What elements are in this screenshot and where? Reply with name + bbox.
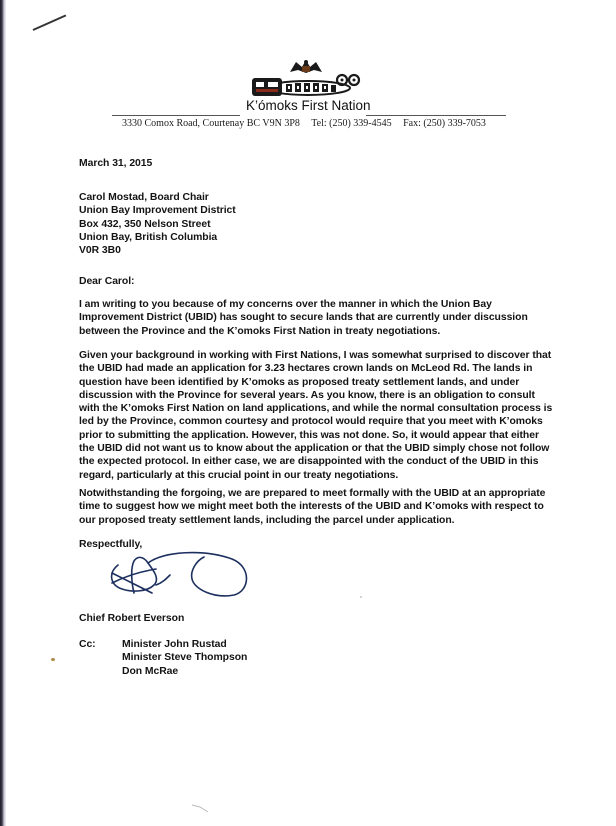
pencil-mark	[190, 802, 220, 814]
scan-page-edge	[0, 0, 6, 826]
text-line: our proposed treaty settlement lands, in…	[79, 514, 579, 527]
paragraph-2: Given your background in working with Fi…	[79, 349, 579, 482]
text-line: regard, particularly at this crucial poi…	[79, 469, 579, 482]
letterhead-rule	[366, 115, 506, 116]
recipient-address: Carol Mostad, Board Chair Union Bay Impr…	[79, 191, 236, 257]
scan-speck	[51, 658, 55, 661]
recipient-line: Carol Mostad, Board Chair	[79, 191, 236, 204]
paragraph-1: I am writing to you because of my concer…	[79, 298, 579, 338]
text-line: Improvement District (UBID) has sought t…	[79, 311, 579, 324]
text-line: between the Province and the K’omoks Fir…	[79, 325, 579, 338]
paragraph-3: Notwithstanding the forgoing, we are pre…	[79, 487, 579, 527]
letter-date: March 31, 2015	[79, 157, 152, 170]
recipient-line: V0R 3B0	[79, 244, 236, 257]
letterhead-rule	[112, 115, 240, 116]
cc-list: Minister John Rustad Minister Steve Thom…	[122, 638, 247, 678]
org-phone: Tel: (250) 339-4545	[311, 118, 391, 129]
text-line: with the K’omoks First Nation on land ap…	[79, 402, 579, 415]
text-line: the UBID did not want us to know about t…	[79, 442, 579, 455]
recipient-line: Box 432, 350 Nelson Street	[79, 218, 236, 231]
org-address: 3330 Comox Road, Courtenay BC V9N 3P8	[122, 118, 300, 129]
organization-name: K’ómoks First Nation	[246, 98, 366, 113]
text-line: question have been identified by K’omoks…	[79, 376, 579, 389]
signature-icon	[104, 549, 254, 609]
text-line: Given your background in working with Fi…	[79, 349, 579, 362]
signer-name: Chief Robert Everson	[79, 612, 184, 625]
cc-recipient: Minister John Rustad	[122, 638, 247, 651]
cc-recipient: Don McRae	[122, 665, 247, 678]
text-line: I am writing to you because of my concer…	[79, 298, 579, 311]
text-line: discussion with the Province for several…	[79, 389, 579, 402]
recipient-line: Union Bay, British Columbia	[79, 231, 236, 244]
letterhead-contact: 3330 Comox Road, Courtenay BC V9N 3P8 Te…	[122, 118, 522, 129]
scan-speck	[360, 596, 362, 598]
text-line: prior to submitting the application. How…	[79, 429, 579, 442]
cc-label: Cc:	[79, 638, 96, 651]
org-fax: Fax: (250) 339-7053	[403, 118, 486, 129]
crest-logo-icon	[250, 58, 362, 100]
pen-mark	[33, 14, 67, 30]
text-line: led by the Province, common courtesy and…	[79, 415, 579, 428]
cc-recipient: Minister Steve Thompson	[122, 651, 247, 664]
text-line: time to suggest how we might meet both t…	[79, 500, 579, 513]
recipient-line: Union Bay Improvement District	[79, 204, 236, 217]
text-line: the expected protocol. In either case, w…	[79, 455, 579, 468]
salutation: Dear Carol:	[79, 275, 134, 288]
text-line: the UBID had made an application for 3.2…	[79, 362, 579, 375]
text-line: Notwithstanding the forgoing, we are pre…	[79, 487, 579, 500]
